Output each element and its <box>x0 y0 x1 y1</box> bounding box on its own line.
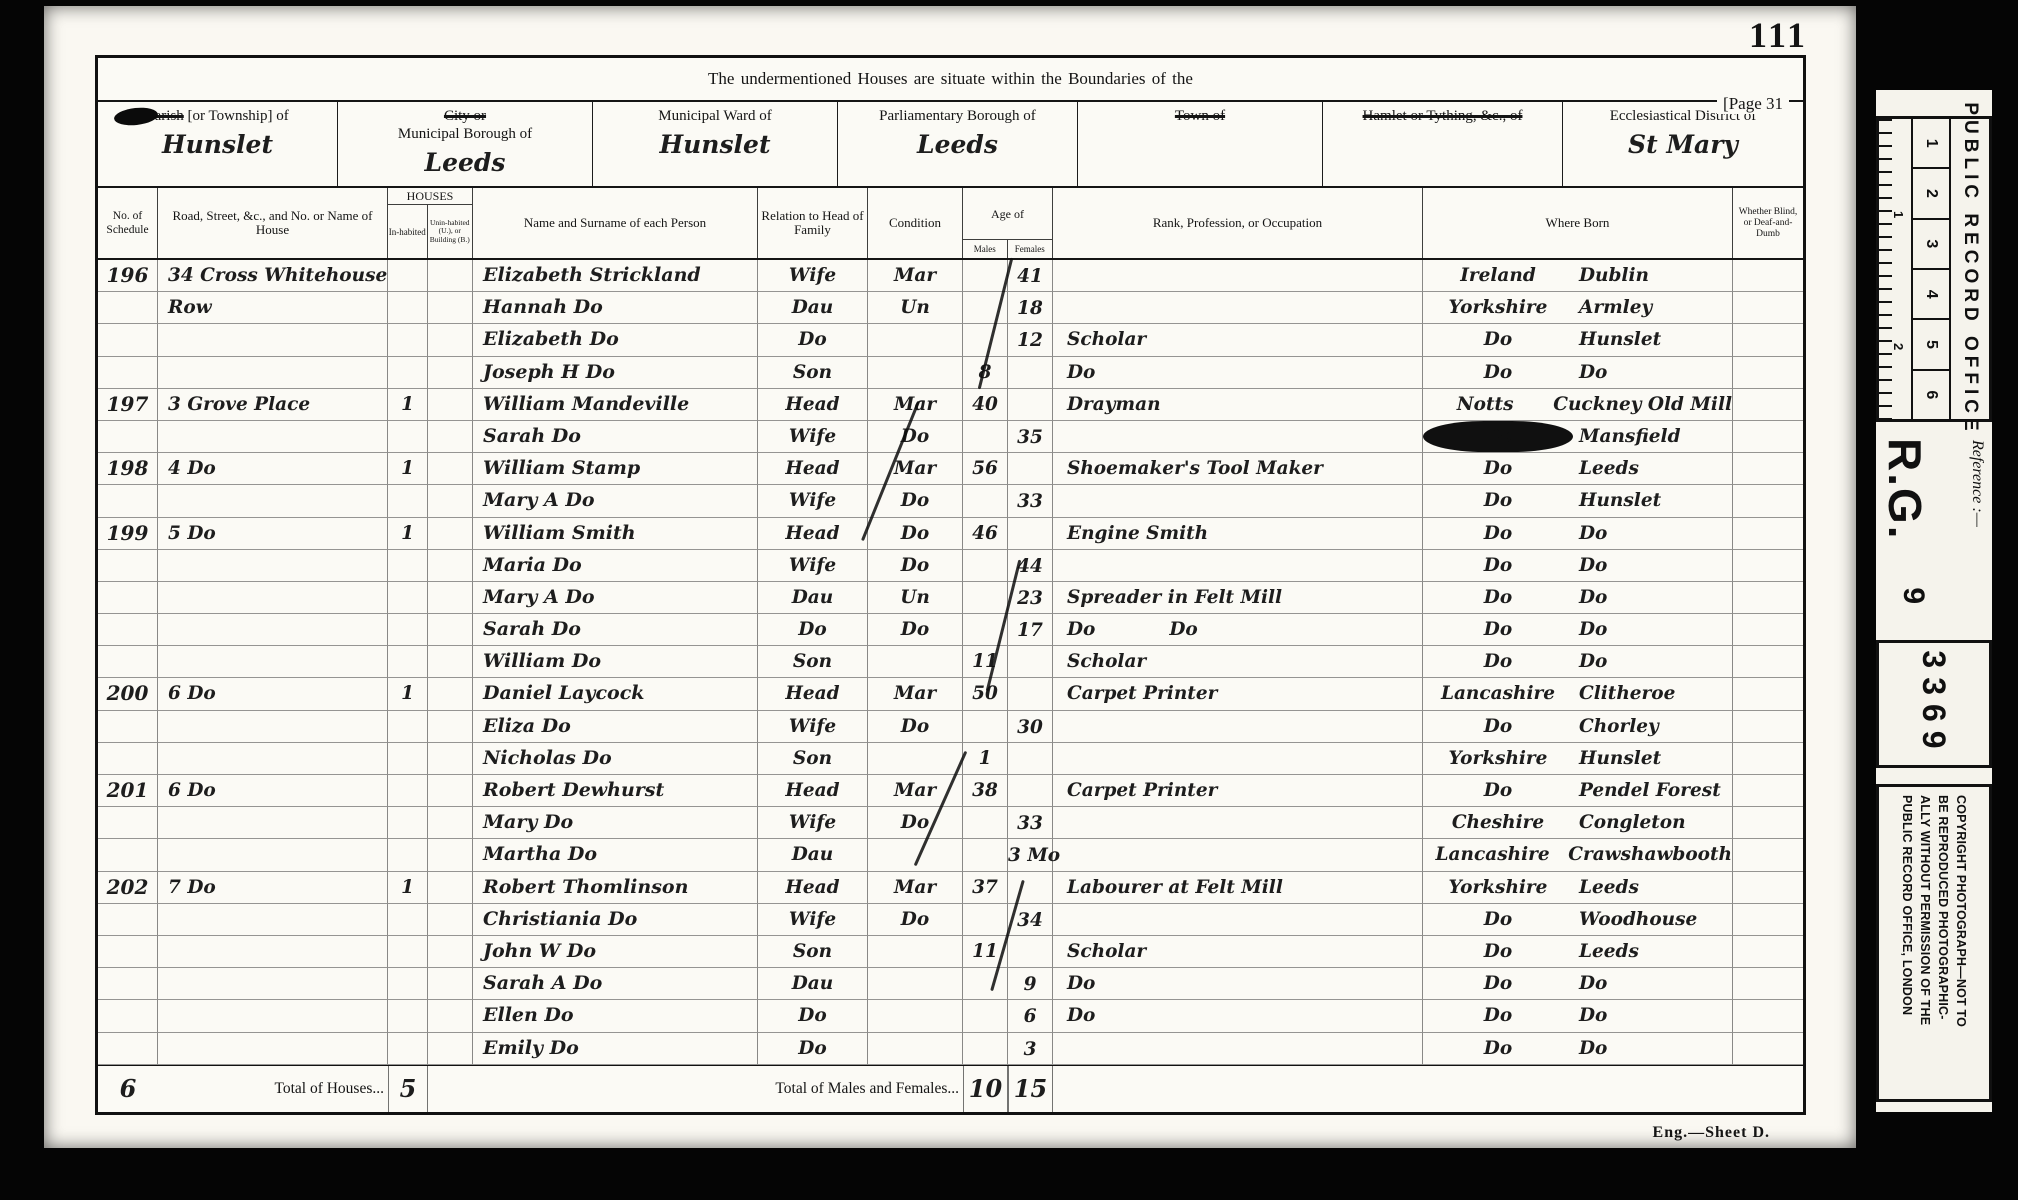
born-county: Do <box>1423 453 1573 484</box>
blind-deaf-entry <box>1733 421 1803 453</box>
schedule-number <box>98 904 158 936</box>
address: 4 Do <box>158 453 388 485</box>
born-place: Do <box>1573 550 1732 581</box>
houses-inhabited <box>388 968 428 1000</box>
schedule-number <box>98 711 158 743</box>
houses-inhabited <box>388 839 428 871</box>
age-female: 18 <box>1008 292 1053 324</box>
person-name: Martha Do <box>473 839 758 871</box>
table-row: Joseph H Do Son 8 Do Do Do <box>98 357 1803 389</box>
person-name: Ellen Do <box>473 1000 758 1032</box>
blind-deaf-entry <box>1733 485 1803 517</box>
col-condition: Condition <box>868 188 963 258</box>
born-place: Woodhouse <box>1573 904 1732 935</box>
age-male: 37 <box>963 872 1008 904</box>
address <box>158 614 388 646</box>
address: 6 Do <box>158 678 388 710</box>
person-name: Christiania Do <box>473 904 758 936</box>
born-county: Do <box>1423 711 1573 742</box>
age-female <box>1008 678 1053 710</box>
occupation: Drayman <box>1053 389 1423 421</box>
blind-deaf-entry <box>1733 453 1803 485</box>
age-female: 33 <box>1008 485 1053 517</box>
relation-to-head: Wife <box>758 485 868 517</box>
total-persons-label: Total of Males and Females... <box>473 1066 963 1112</box>
where-born: Do Chorley <box>1423 711 1733 743</box>
condition: Do <box>868 711 963 743</box>
born-place: Clitheroe <box>1573 678 1732 709</box>
header-field-value: Hunslet <box>98 130 337 159</box>
houses-inhabited <box>388 324 428 356</box>
header-field: Town of <box>1078 102 1323 186</box>
age-male <box>963 968 1008 1000</box>
blind-deaf-entry <box>1733 775 1803 807</box>
relation-to-head: Wife <box>758 904 868 936</box>
houses-uninhabited <box>428 485 473 517</box>
age-male: 50 <box>963 678 1008 710</box>
houses-uninhabited <box>428 775 473 807</box>
condition <box>868 1000 963 1032</box>
relation-to-head: Dau <box>758 582 868 614</box>
occupation: Scholar <box>1053 324 1423 356</box>
born-place: Do <box>1573 1033 1732 1064</box>
houses-uninhabited <box>428 421 473 453</box>
blind-deaf-entry <box>1733 260 1803 292</box>
born-county: Do <box>1423 614 1573 645</box>
age-female <box>1008 453 1053 485</box>
address <box>158 324 388 356</box>
col-relation: Relation to Head of Family <box>758 188 868 258</box>
born-county: Cheshire <box>1423 807 1573 838</box>
condition <box>868 936 963 968</box>
table-row: Sarah A Do Dau 9 Do Do Do <box>98 968 1803 1000</box>
header-field-value: Leeds <box>838 130 1077 159</box>
stamp-office-name: PUBLIC RECORD OFFICE <box>1949 119 1989 419</box>
schedule-number <box>98 614 158 646</box>
born-county: Do <box>1423 1033 1573 1064</box>
houses-inhabited <box>388 904 428 936</box>
condition: Un <box>868 292 963 324</box>
person-name: Sarah A Do <box>473 968 758 1000</box>
age-male: 38 <box>963 775 1008 807</box>
age-female: 35 <box>1008 421 1053 453</box>
born-place: Pendel Forest <box>1573 775 1732 806</box>
where-born: Ireland Dublin <box>1423 260 1733 292</box>
person-name: Emily Do <box>473 1033 758 1065</box>
where-born: Cheshire Congleton <box>1423 807 1733 839</box>
relation-to-head: Dau <box>758 839 868 871</box>
header-field-value: Hunslet <box>593 130 837 159</box>
where-born: Do Do <box>1423 1000 1733 1032</box>
table-row: John W Do Son 11 Scholar Do Leeds <box>98 936 1803 968</box>
sheet-title-band: The undermentioned Houses are situate wi… <box>98 58 1803 102</box>
blind-deaf-entry <box>1733 357 1803 389</box>
born-county: Do <box>1423 775 1573 806</box>
where-born: Yorkshire Leeds <box>1423 872 1733 904</box>
address: 5 Do <box>158 518 388 550</box>
schedule-number <box>98 485 158 517</box>
col-females: Females <box>1008 240 1053 258</box>
header-field: Ecclesiastical District of St Mary <box>1563 102 1803 186</box>
address: 6 Do <box>158 775 388 807</box>
blind-deaf-entry <box>1733 646 1803 678</box>
houses-uninhabited <box>428 389 473 421</box>
age-female: 30 <box>1008 711 1053 743</box>
schedule-number: 198 <box>98 453 158 485</box>
houses-inhabited <box>388 743 428 775</box>
relation-to-head: Head <box>758 775 868 807</box>
relation-to-head: Son <box>758 743 868 775</box>
address <box>158 421 388 453</box>
blind-deaf-entry <box>1733 968 1803 1000</box>
born-county: Notts <box>1423 389 1547 420</box>
born-county: Lancashire <box>1423 839 1562 870</box>
blind-deaf-entry <box>1733 904 1803 936</box>
blind-deaf-entry <box>1733 582 1803 614</box>
occupation <box>1053 1033 1423 1065</box>
stamp-copyright-line: ALLY WITHOUT PERMISSION OF THE <box>1916 795 1934 1091</box>
where-born: Do Do <box>1423 646 1733 678</box>
born-county: Do <box>1423 904 1573 935</box>
houses-inhabited <box>388 775 428 807</box>
table-row: Mary A Do Dau Un 23 Spreader in Felt Mil… <box>98 582 1803 614</box>
houses-inhabited <box>388 357 428 389</box>
schedule-number <box>98 292 158 324</box>
occupation: Carpet Printer <box>1053 775 1423 807</box>
occupation <box>1053 421 1423 453</box>
person-name: Hannah Do <box>473 292 758 324</box>
age-male: 11 <box>963 646 1008 678</box>
age-male: 40 <box>963 389 1008 421</box>
age-male <box>963 904 1008 936</box>
houses-uninhabited <box>428 614 473 646</box>
blind-deaf-entry <box>1733 550 1803 582</box>
occupation <box>1053 807 1423 839</box>
col-occupation: Rank, Profession, or Occupation <box>1053 188 1423 258</box>
header-field-label: Parliamentary Borough of <box>838 107 1077 125</box>
address <box>158 839 388 871</box>
schedule-number <box>98 357 158 389</box>
relation-to-head: Head <box>758 389 868 421</box>
table-row: 200 6 Do 1 Daniel Laycock Head Mar 50 Ca… <box>98 678 1803 710</box>
born-county: Do <box>1423 550 1573 581</box>
age-male <box>963 260 1008 292</box>
age-female <box>1008 389 1053 421</box>
occupation <box>1053 839 1423 871</box>
houses-inhabited: 1 <box>388 453 428 485</box>
houses-uninhabited <box>428 550 473 582</box>
houses-uninhabited <box>428 711 473 743</box>
born-county: Ireland <box>1423 260 1573 291</box>
schedule-number <box>98 807 158 839</box>
condition: Do <box>868 904 963 936</box>
condition <box>868 1033 963 1065</box>
born-county: Do <box>1423 646 1573 677</box>
schedule-number <box>98 421 158 453</box>
condition: Mar <box>868 872 963 904</box>
stamp-copyright-line: PUBLIC RECORD OFFICE, LONDON <box>1898 795 1916 1091</box>
table-row: William Do Son 11 Scholar Do Do <box>98 646 1803 678</box>
address: Row <box>158 292 388 324</box>
born-place: Leeds <box>1573 936 1732 967</box>
where-born: Do Hunslet <box>1423 485 1733 517</box>
table-row: Elizabeth Do Do 12 Scholar Do Hunslet <box>98 324 1803 356</box>
person-name: Sarah Do <box>473 421 758 453</box>
relation-to-head: Wife <box>758 807 868 839</box>
stamp-ruler: 12 <box>1879 119 1911 419</box>
relation-to-head: Wife <box>758 421 868 453</box>
age-female <box>1008 646 1053 678</box>
condition: Mar <box>868 453 963 485</box>
born-county: Do <box>1423 485 1573 516</box>
age-male <box>963 711 1008 743</box>
col-houses-group: HOUSES In-habited Unin-habited (U.), or … <box>388 188 473 258</box>
born-place: Do <box>1573 614 1732 645</box>
col-age: Age of <box>963 188 1052 239</box>
condition <box>868 646 963 678</box>
table-row: Sarah Do Do Do 17 Do Do Do Do <box>98 614 1803 646</box>
table-row: Eliza Do Wife Do 30 Do Chorley <box>98 711 1803 743</box>
born-place: Leeds <box>1573 453 1732 484</box>
table-row: Christiania Do Wife Do 34 Do Woodhouse <box>98 904 1803 936</box>
table-row: 198 4 Do 1 William Stamp Head Mar 56 Sho… <box>98 453 1803 485</box>
where-born: Notts Cuckney Old Mill <box>1423 389 1733 421</box>
born-place: Do <box>1573 1000 1732 1031</box>
where-born: Do Leeds <box>1423 936 1733 968</box>
locality-header-row: Parish [or Township] of Hunslet City or … <box>98 102 1803 188</box>
relation-to-head: Head <box>758 678 868 710</box>
occupation: Carpet Printer <box>1053 678 1423 710</box>
where-born: Yorkshire Hunslet <box>1423 743 1733 775</box>
address <box>158 1033 388 1065</box>
relation-to-head: Wife <box>758 711 868 743</box>
person-name: Elizabeth Do <box>473 324 758 356</box>
relation-to-head: Do <box>758 614 868 646</box>
header-field: Municipal Ward of Hunslet <box>593 102 838 186</box>
houses-uninhabited <box>428 968 473 1000</box>
houses-uninhabited <box>428 936 473 968</box>
table-row: Martha Do Dau 3 Mo Lancashire Crawshawbo… <box>98 839 1803 871</box>
header-field: Hamlet or Tything, &c., of <box>1323 102 1563 186</box>
age-male <box>963 839 1008 871</box>
occupation: Do <box>1053 1000 1423 1032</box>
born-county: Do <box>1423 324 1573 355</box>
relation-to-head: Dau <box>758 968 868 1000</box>
blind-deaf-entry <box>1733 839 1803 871</box>
age-female: 3 Mo <box>1008 839 1053 871</box>
scanned-census-photo: 111 The undermentioned Houses are situat… <box>0 0 2018 1200</box>
table-row: Row Hannah Do Dau Un 18 Yorkshire Armley <box>98 292 1803 324</box>
houses-inhabited <box>388 421 428 453</box>
where-born: Do Do <box>1423 582 1733 614</box>
stamp-scale-cells: 123456 <box>1911 119 1949 419</box>
born-place: Hunslet <box>1573 324 1732 355</box>
houses-uninhabited <box>428 646 473 678</box>
address <box>158 904 388 936</box>
relation-to-head: Wife <box>758 550 868 582</box>
condition <box>868 968 963 1000</box>
schedule-number <box>98 839 158 871</box>
houses-uninhabited <box>428 743 473 775</box>
where-born: Do Do <box>1423 357 1733 389</box>
occupation <box>1053 292 1423 324</box>
occupation: Shoemaker's Tool Maker <box>1053 453 1423 485</box>
where-born: Do Leeds <box>1423 453 1733 485</box>
born-place: Hunslet <box>1573 743 1732 774</box>
condition: Mar <box>868 260 963 292</box>
houses-uninhabited <box>428 324 473 356</box>
age-male: 46 <box>963 518 1008 550</box>
houses-inhabited: 1 <box>388 518 428 550</box>
address <box>158 485 388 517</box>
occupation <box>1053 550 1423 582</box>
schedule-number <box>98 1033 158 1065</box>
where-born: Do Mansfield <box>1423 421 1733 453</box>
schedule-number: 199 <box>98 518 158 550</box>
where-born: Do Woodhouse <box>1423 904 1733 936</box>
col-males: Males <box>963 240 1008 258</box>
col-blind: Whether Blind, or Deaf-and-Dumb <box>1733 188 1803 258</box>
schedule-number <box>98 324 158 356</box>
stamp-reference-label: Reference :— <box>1968 440 1986 527</box>
folio-number: 111 <box>1749 14 1808 56</box>
age-female: 23 <box>1008 582 1053 614</box>
age-male: 1 <box>963 743 1008 775</box>
address <box>158 711 388 743</box>
houses-inhabited: 1 <box>388 389 428 421</box>
houses-uninhabited <box>428 357 473 389</box>
occupation: Labourer at Felt Mill <box>1053 872 1423 904</box>
entries: 196 34 Cross Whitehouse Elizabeth Strick… <box>98 260 1803 1065</box>
stamp-piece-number: 3369 <box>1876 640 1992 768</box>
stamp-copyright-line: BE REPRODUCED PHOTOGRAPHIC- <box>1934 795 1952 1091</box>
header-field-value: Leeds <box>338 148 592 177</box>
table-row: Sarah Do Wife Do 35 Do Mansfield <box>98 421 1803 453</box>
occupation: Spreader in Felt Mill <box>1053 582 1423 614</box>
where-born: Do Pendel Forest <box>1423 775 1733 807</box>
header-field: City or Municipal Borough of Leeds <box>338 102 593 186</box>
condition: Do <box>868 550 963 582</box>
houses-uninhabited <box>428 453 473 485</box>
stamp-scale-number: 5 <box>1913 320 1949 370</box>
schedule-number <box>98 968 158 1000</box>
houses-uninhabited <box>428 904 473 936</box>
condition: Do <box>868 518 963 550</box>
occupation: Do Do <box>1053 614 1423 646</box>
stamp-copyright-line: COPYRIGHT PHOTOGRAPH—NOT TO <box>1952 795 1970 1091</box>
total-houses-value: 5 <box>388 1066 428 1112</box>
address: 34 Cross Whitehouse <box>158 260 388 292</box>
blind-deaf-entry <box>1733 292 1803 324</box>
born-place: Do <box>1573 582 1732 613</box>
stamp-ruler-number: 1 <box>1891 211 1906 218</box>
stamp-reference-box: Reference :— R.G. 9 <box>1876 436 1992 606</box>
header-field-label: Town of <box>1078 107 1322 125</box>
houses-inhabited <box>388 936 428 968</box>
condition: Do <box>868 421 963 453</box>
header-field-label: Hamlet or Tything, &c., of <box>1323 107 1562 125</box>
stamp-ruler-number: 2 <box>1891 343 1906 350</box>
age-female <box>1008 743 1053 775</box>
houses-uninhabited <box>428 582 473 614</box>
blind-deaf-entry <box>1733 1000 1803 1032</box>
column-header-row: No. of Schedule Road, Street, &c., and N… <box>98 188 1803 260</box>
houses-inhabited <box>388 550 428 582</box>
occupation: Engine Smith <box>1053 518 1423 550</box>
occupation: Scholar <box>1053 936 1423 968</box>
person-name: Daniel Laycock <box>473 678 758 710</box>
age-female: 12 <box>1008 324 1053 356</box>
where-born: Yorkshire Armley <box>1423 292 1733 324</box>
schedule-number: 200 <box>98 678 158 710</box>
houses-inhabited <box>388 1033 428 1065</box>
condition <box>868 357 963 389</box>
stamp-scale-number: 2 <box>1913 169 1949 219</box>
header-field-value: St Mary <box>1563 130 1803 159</box>
address <box>158 807 388 839</box>
born-county: Yorkshire <box>1423 292 1573 323</box>
born-place: Congleton <box>1573 807 1732 838</box>
age-female: 6 <box>1008 1000 1053 1032</box>
sheet-note: Eng.—Sheet D. <box>1653 1124 1770 1142</box>
houses-uninhabited <box>428 872 473 904</box>
table-row: 199 5 Do 1 William Smith Head Do 46 Engi… <box>98 518 1803 550</box>
relation-to-head: Wife <box>758 260 868 292</box>
blind-deaf-entry <box>1733 936 1803 968</box>
stamp-copyright: COPYRIGHT PHOTOGRAPH—NOT TOBE REPRODUCED… <box>1876 784 1992 1102</box>
col-schedule: No. of Schedule <box>98 188 158 258</box>
total-schedules: 6 <box>98 1066 158 1112</box>
person-name: Mary A Do <box>473 485 758 517</box>
person-name: William Mandeville <box>473 389 758 421</box>
blind-deaf-entry <box>1733 324 1803 356</box>
age-male <box>963 807 1008 839</box>
relation-to-head: Head <box>758 453 868 485</box>
houses-inhabited <box>388 485 428 517</box>
occupation <box>1053 711 1423 743</box>
occupation: Do <box>1053 357 1423 389</box>
born-place: Dublin <box>1573 260 1732 291</box>
totals-row: 6 Total of Houses... 5 Total of Males an… <box>98 1065 1803 1112</box>
person-name: William Stamp <box>473 453 758 485</box>
age-female <box>1008 518 1053 550</box>
houses-inhabited <box>388 614 428 646</box>
header-field-label: Municipal Ward of <box>593 107 837 125</box>
table-row: Mary Do Wife Do 33 Cheshire Congleton <box>98 807 1803 839</box>
born-place: Armley <box>1573 292 1732 323</box>
born-place: Leeds <box>1573 872 1732 903</box>
relation-to-head: Do <box>758 1033 868 1065</box>
table-row: 196 34 Cross Whitehouse Elizabeth Strick… <box>98 260 1803 292</box>
born-county: Do <box>1423 421 1573 452</box>
person-name: Mary A Do <box>473 582 758 614</box>
age-male <box>963 485 1008 517</box>
blind-deaf-entry <box>1733 1033 1803 1065</box>
stamp-scale-number: 3 <box>1913 220 1949 270</box>
col-born: Where Born <box>1423 188 1733 258</box>
header-field-label: City or Municipal Borough of <box>338 107 592 143</box>
born-county: Do <box>1423 968 1573 999</box>
blind-deaf-entry <box>1733 807 1803 839</box>
houses-inhabited <box>388 260 428 292</box>
age-male <box>963 582 1008 614</box>
born-place: Do <box>1573 518 1732 549</box>
address: 7 Do <box>158 872 388 904</box>
age-female <box>1008 936 1053 968</box>
schedule-number: 201 <box>98 775 158 807</box>
houses-inhabited <box>388 1000 428 1032</box>
relation-to-head: Head <box>758 518 868 550</box>
